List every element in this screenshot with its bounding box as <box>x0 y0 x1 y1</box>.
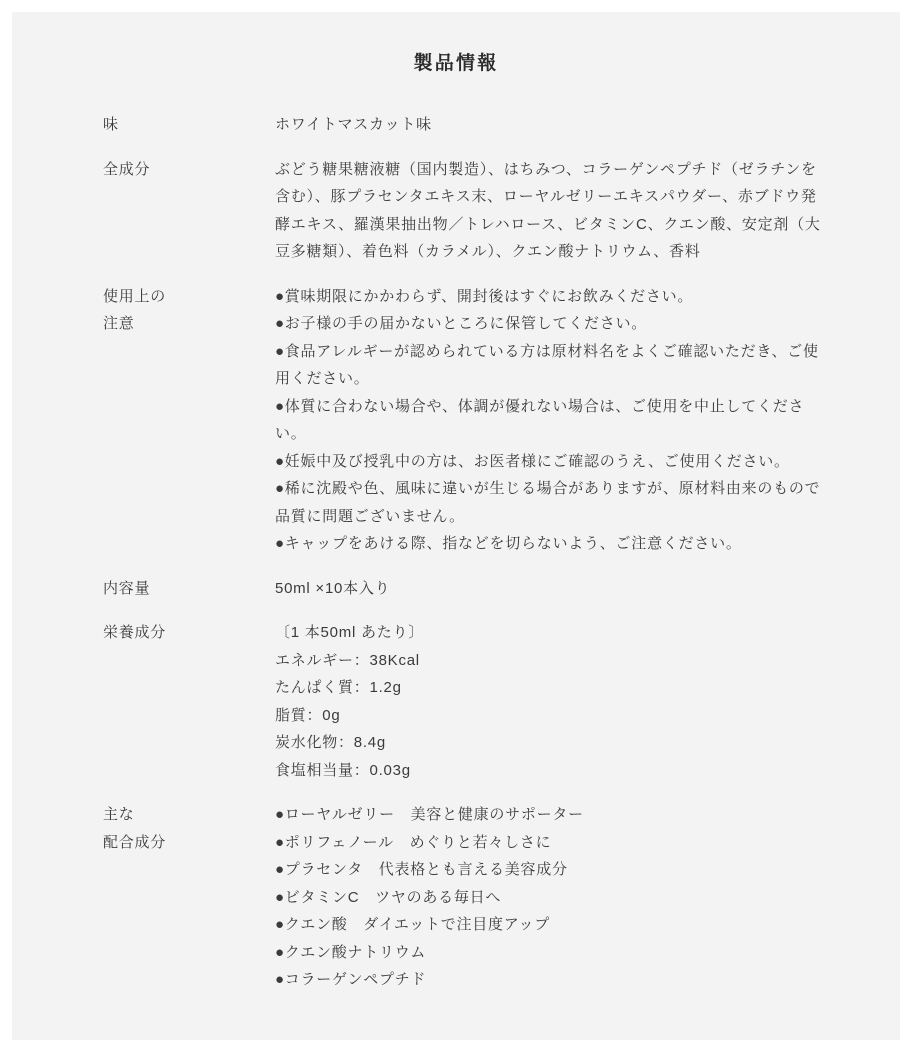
spec-line: ●クエン酸 ダイエットで注目度アップ <box>275 911 830 939</box>
spec-line: ●キャップをあける際、指などを切らないよう、ご注意ください。 <box>275 530 830 558</box>
spec-value: ぶどう糖果糖液糖（国内製造）、はちみつ、コラーゲンペプチド（ゼラチンを含む）、豚… <box>275 156 830 266</box>
spec-line: ●コラーゲンペプチド <box>275 966 830 994</box>
spec-line: 脂質：0g <box>275 702 830 730</box>
spec-line: ●稀に沈殿や色、風味に違いが生じる場合がありますが、原材料由来のもので品質に問題… <box>275 475 830 530</box>
spec-line: ●賞味期限にかかわらず、開封後はすぐにお飲みください。 <box>275 283 830 311</box>
spec-line: ●妊娠中及び授乳中の方は、お医者様にご確認のうえ、ご使用ください。 <box>275 448 830 476</box>
product-info-panel: 製品情報 味 ホワイトマスカット味 全成分 ぶどう糖果糖液糖（国内製造）、はちみ… <box>12 12 900 1040</box>
spec-line: 〔1 本50ml あたり〕 <box>275 619 830 647</box>
spec-row-volume: 内容量 50ml ×10本入り <box>103 575 830 603</box>
spec-row-main-components: 主な 配合成分 ●ローヤルゼリー 美容と健康のサポーター ●ポリフェノール めぐ… <box>103 801 830 994</box>
spec-label: 主な 配合成分 <box>103 801 275 994</box>
spec-line: ●プラセンタ 代表格とも言える美容成分 <box>275 856 830 884</box>
spec-line: ●食品アレルギーが認められている方は原材料名をよくご確認いただき、ご使用ください… <box>275 338 830 393</box>
spec-line: ぶどう糖果糖液糖（国内製造）、はちみつ、コラーゲンペプチド（ゼラチンを含む）、豚… <box>275 156 830 266</box>
spec-line: ホワイトマスカット味 <box>275 111 830 139</box>
spec-line: 食塩相当量：0.03g <box>275 757 830 785</box>
spec-value: 50ml ×10本入り <box>275 575 830 603</box>
spec-value: ホワイトマスカット味 <box>275 111 830 139</box>
spec-label: 栄養成分 <box>103 619 275 784</box>
spec-row-taste: 味 ホワイトマスカット味 <box>103 111 830 139</box>
page-title: 製品情報 <box>12 12 900 111</box>
spec-line: エネルギー：38Kcal <box>275 647 830 675</box>
spec-label: 内容量 <box>103 575 275 603</box>
spec-row-ingredients: 全成分 ぶどう糖果糖液糖（国内製造）、はちみつ、コラーゲンペプチド（ゼラチンを含… <box>103 156 830 266</box>
spec-line: ●ビタミンC ツヤのある毎日へ <box>275 884 830 912</box>
spec-line: ●ポリフェノール めぐりと若々しさに <box>275 829 830 857</box>
spec-line: ●ローヤルゼリー 美容と健康のサポーター <box>275 801 830 829</box>
spec-line: たんぱく質：1.2g <box>275 674 830 702</box>
spec-label: 全成分 <box>103 156 275 266</box>
spec-table: 味 ホワイトマスカット味 全成分 ぶどう糖果糖液糖（国内製造）、はちみつ、コラー… <box>12 111 900 994</box>
spec-row-nutrition: 栄養成分 〔1 本50ml あたり〕 エネルギー：38Kcal たんぱく質：1.… <box>103 619 830 784</box>
spec-line: 炭水化物：8.4g <box>275 729 830 757</box>
spec-value: ●賞味期限にかかわらず、開封後はすぐにお飲みください。 ●お子様の手の届かないと… <box>275 283 830 558</box>
spec-row-precautions: 使用上の 注意 ●賞味期限にかかわらず、開封後はすぐにお飲みください。 ●お子様… <box>103 283 830 558</box>
spec-value: ●ローヤルゼリー 美容と健康のサポーター ●ポリフェノール めぐりと若々しさに … <box>275 801 830 994</box>
spec-label: 使用上の 注意 <box>103 283 275 558</box>
spec-label: 味 <box>103 111 275 139</box>
spec-line: 50ml ×10本入り <box>275 575 830 603</box>
spec-value: 〔1 本50ml あたり〕 エネルギー：38Kcal たんぱく質：1.2g 脂質… <box>275 619 830 784</box>
spec-line: ●お子様の手の届かないところに保管してください。 <box>275 310 830 338</box>
spec-line: ●体質に合わない場合や、体調が優れない場合は、ご使用を中止してください。 <box>275 393 830 448</box>
spec-line: ●クエン酸ナトリウム <box>275 939 830 967</box>
